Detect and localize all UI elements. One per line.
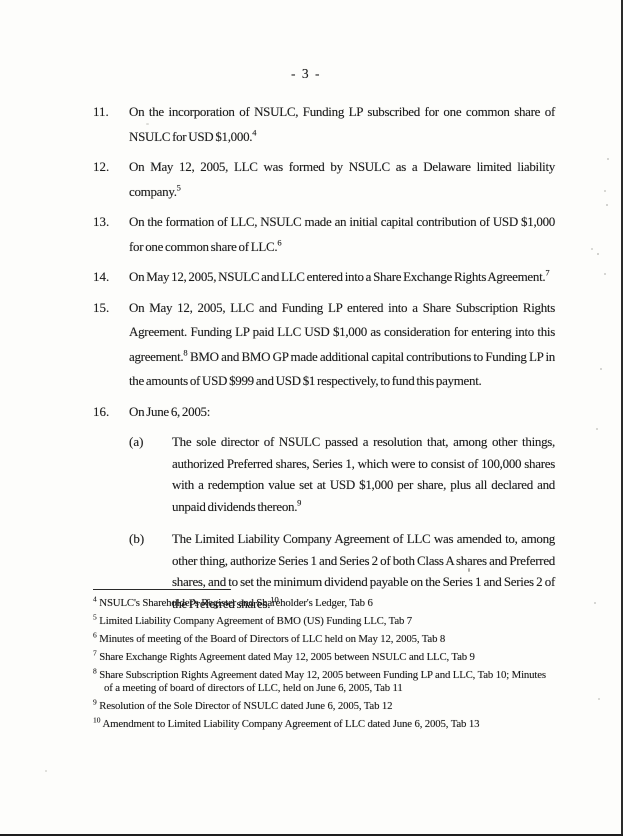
paragraph-text: On June 6, 2005: [129, 400, 555, 425]
footnote-ref: 9 [297, 497, 301, 507]
footnote: 8 Share Subscription Rights Agreement da… [93, 669, 556, 696]
footnote-ref: 8 [183, 347, 187, 357]
scan-speck [604, 190, 606, 192]
scan-speck [598, 698, 600, 700]
scan-speck [594, 602, 596, 604]
paragraph-number: 13. [93, 210, 129, 259]
footnotes-section: 4 NSULC's Shareholder's Register and Sha… [93, 589, 556, 736]
footnote-text: Share Exchange Rights Agreement dated Ma… [97, 651, 475, 663]
paragraph-list: 11. On the incorporation of NSULC, Fundi… [93, 100, 555, 620]
lettered-sub-item: (a) The sole director of NSULC passed a … [129, 431, 555, 517]
footnote-separator-rule [93, 589, 231, 590]
numbered-paragraph: 12. On May 12, 2005, LLC was formed by N… [93, 155, 555, 204]
page-number-header: - 3 - [0, 66, 623, 82]
paragraph-text: On the formation of LLC, NSULC made an i… [129, 210, 555, 259]
scan-speck [45, 770, 47, 772]
paragraph-number: 16. [93, 400, 129, 615]
paragraph-number: 11. [93, 100, 129, 149]
scanned-document-page: - 3 - 11. On the incorporation of NSULC,… [0, 0, 623, 836]
footnote-ref: 5 [177, 182, 181, 192]
footnote: 7 Share Exchange Rights Agreement dated … [93, 651, 556, 664]
paragraph-number: 15. [93, 296, 129, 394]
scan-speck [604, 273, 606, 275]
scan-speck [600, 368, 602, 370]
footnote-text: Limited Liability Company Agreement of B… [97, 615, 412, 627]
numbered-paragraph: 15. On May 12, 2005, LLC and Funding LP … [93, 296, 555, 394]
footnote: 9 Resolution of the Sole Director of NSU… [93, 700, 556, 713]
footnote-text: Amendment to Limited Liability Company A… [101, 718, 480, 730]
sub-item-text: The sole director of NSULC passed a reso… [172, 431, 555, 517]
scan-speck [468, 568, 470, 572]
paragraph-text: On May 12, 2005, NSULC and LLC entered i… [129, 265, 555, 290]
footnote-ref: 4 [252, 127, 256, 137]
numbered-paragraph: 13. On the formation of LLC, NSULC made … [93, 210, 555, 259]
footnote: 5 Limited Liability Company Agreement of… [93, 615, 556, 628]
scan-speck [597, 253, 599, 255]
paragraph-number: 14. [93, 265, 129, 290]
footnote-marker: 10 [93, 715, 101, 724]
footnote-text: Share Subscription Rights Agreement date… [97, 669, 546, 694]
numbered-paragraph: 11. On the incorporation of NSULC, Fundi… [93, 100, 555, 149]
sub-item-list: (a) The sole director of NSULC passed a … [129, 431, 555, 614]
footnote-ref: 6 [277, 237, 281, 247]
scan-speck [606, 204, 608, 206]
numbered-paragraph: 14. On May 12, 2005, NSULC and LLC enter… [93, 265, 555, 290]
footnote-text: NSULC's Shareholder's Register and Share… [97, 597, 373, 609]
footnote-ref: 7 [545, 268, 549, 278]
footnote: 6 Minutes of meeting of the Board of Dir… [93, 633, 556, 646]
paragraph-number: 12. [93, 155, 129, 204]
footnote-list: 4 NSULC's Shareholder's Register and Sha… [93, 597, 556, 731]
footnote: 4 NSULC's Shareholder's Register and Sha… [93, 597, 556, 610]
scan-speck [596, 428, 598, 430]
footnote: 10 Amendment to Limited Liability Compan… [93, 718, 556, 731]
scan-speck [591, 248, 593, 250]
numbered-paragraph: 16. On June 6, 2005: (a) The sole direct… [93, 400, 555, 615]
scan-speck [607, 158, 609, 160]
paragraph-text: On May 12, 2005, LLC and Funding LP ente… [129, 296, 555, 394]
sub-item-label: (a) [129, 431, 172, 517]
paragraph-text: On May 12, 2005, LLC was formed by NSULC… [129, 155, 555, 204]
scan-speck [146, 123, 149, 125]
paragraph-text: On the incorporation of NSULC, Funding L… [129, 100, 555, 149]
footnote-text: Resolution of the Sole Director of NSULC… [97, 700, 393, 712]
footnote-text: Minutes of meeting of the Board of Direc… [97, 633, 445, 645]
